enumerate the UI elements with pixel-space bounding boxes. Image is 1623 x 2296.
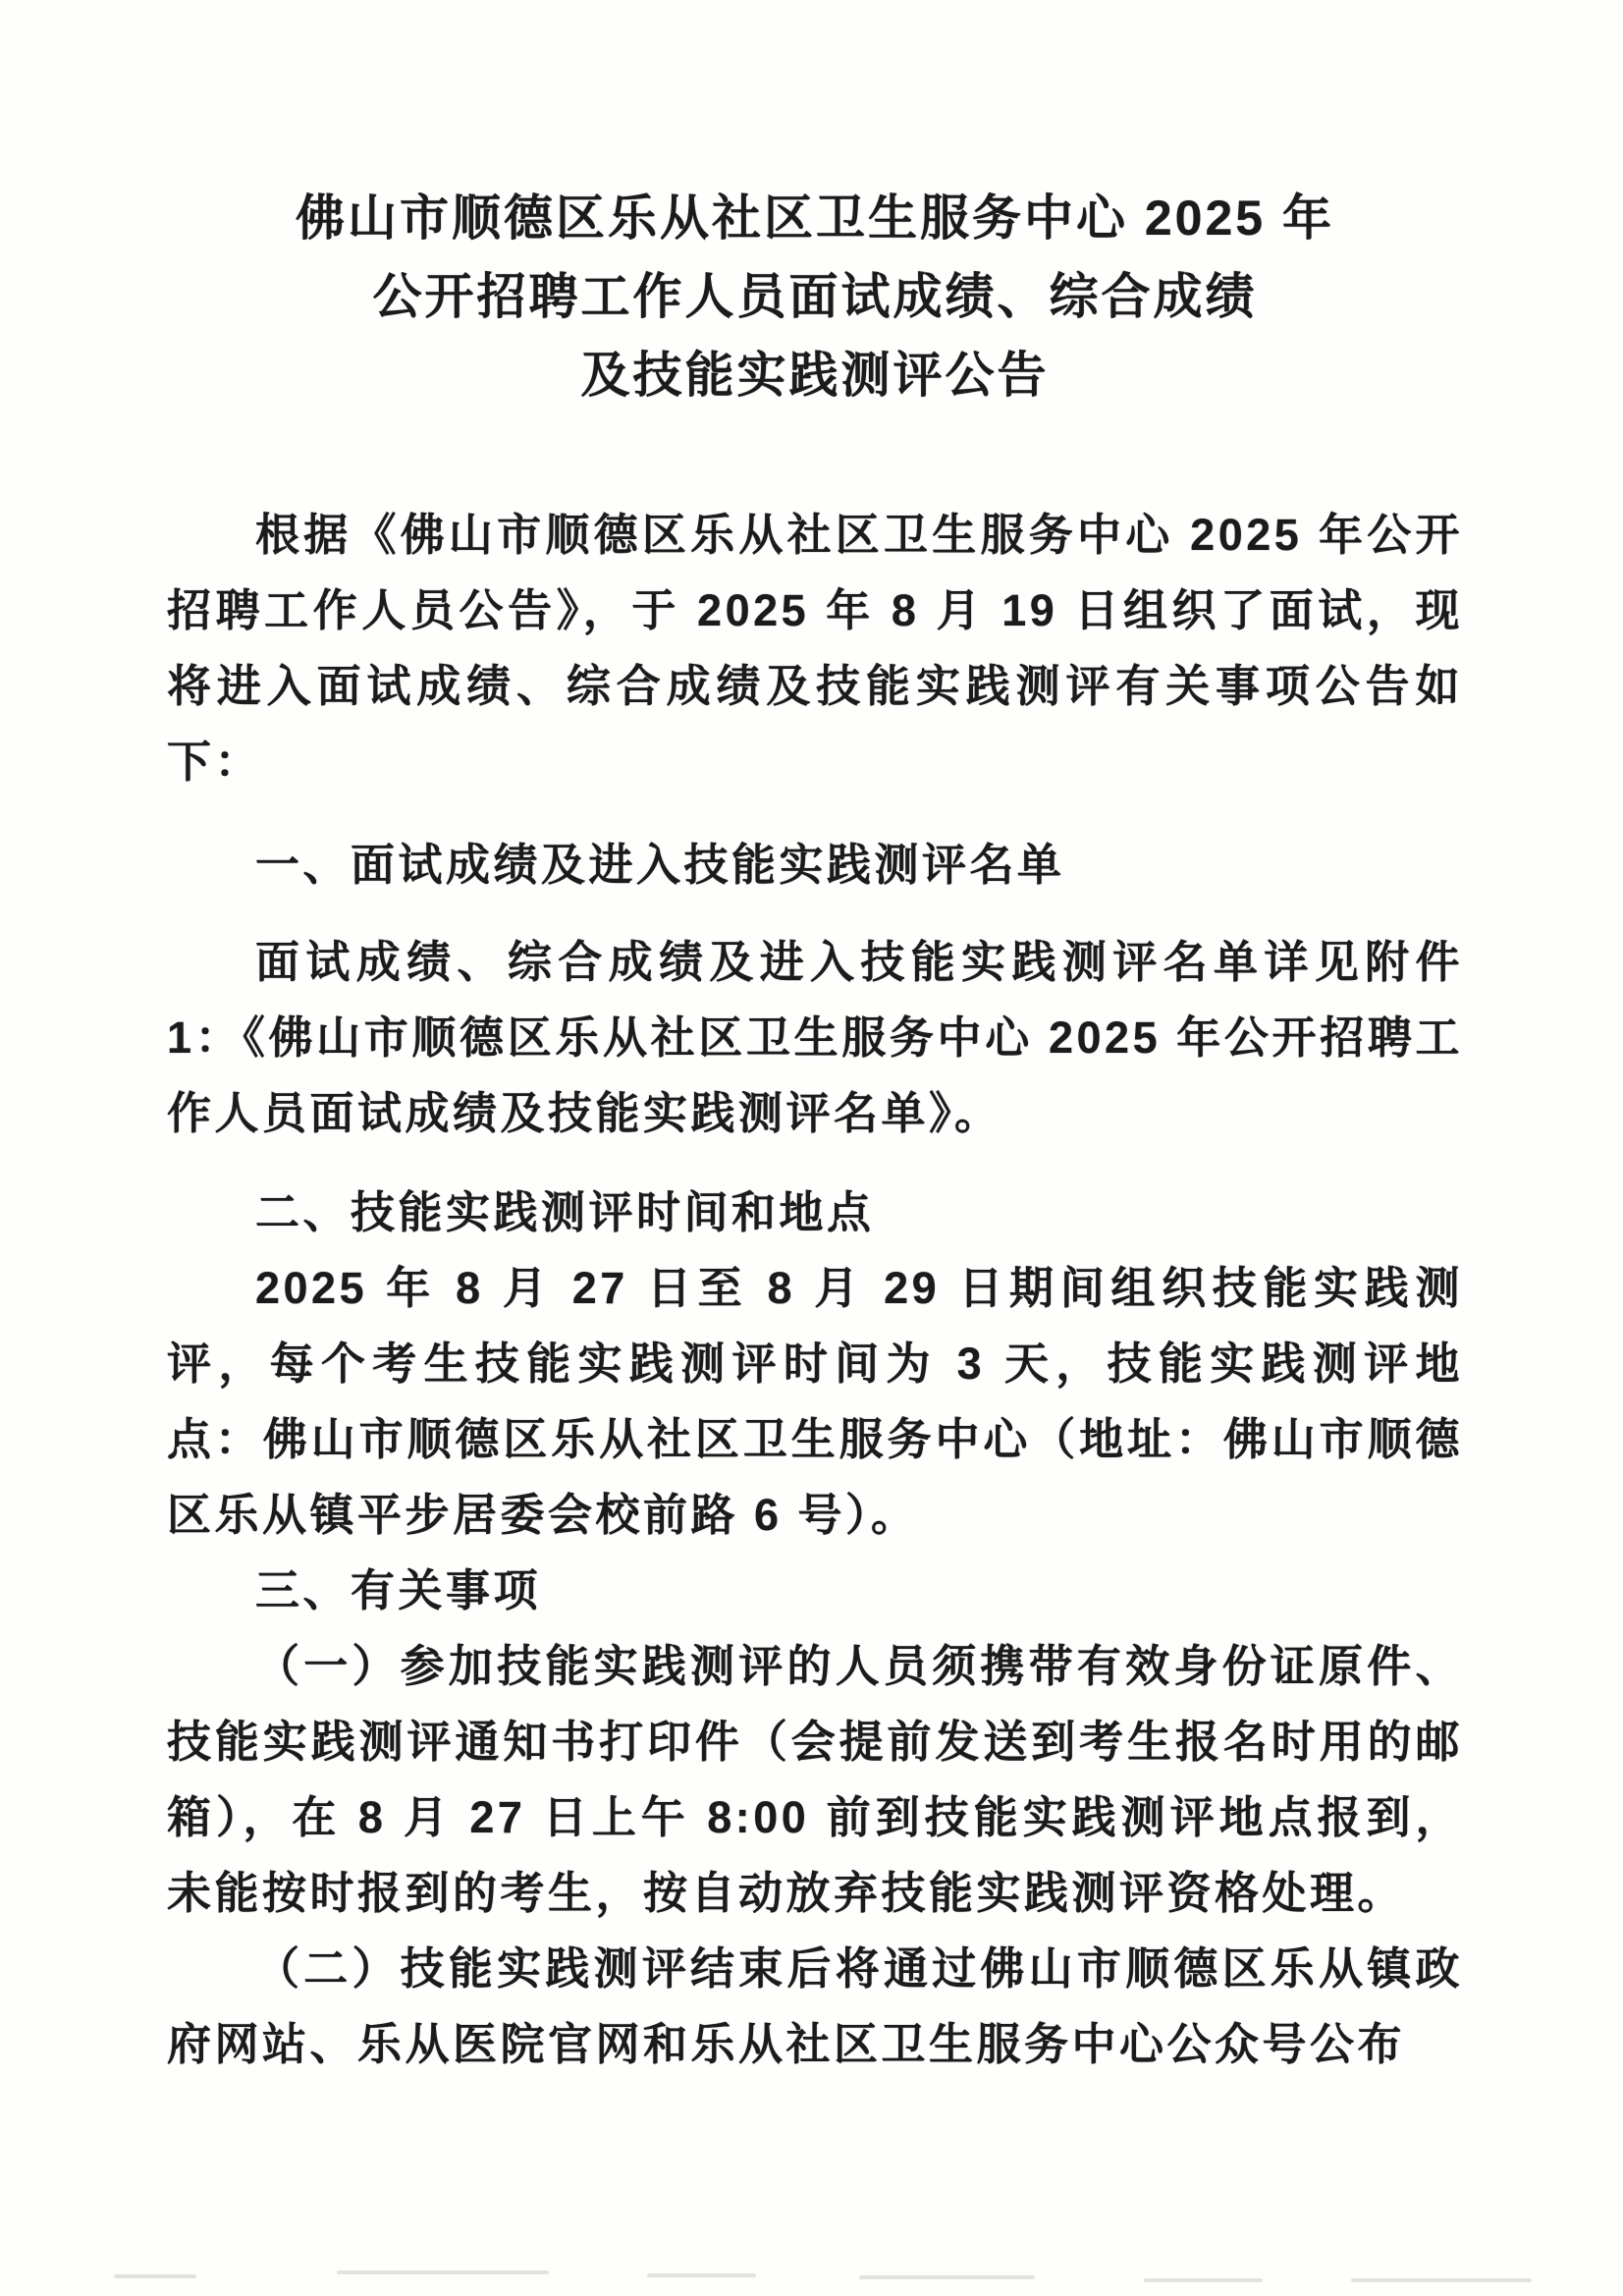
- scan-artifact: [1351, 2278, 1532, 2282]
- scan-artifact: [337, 2270, 549, 2274]
- section-heading: 三、有关事项: [167, 1553, 1463, 1628]
- scan-artifact: [114, 2274, 196, 2278]
- section-heading: 二、技能实践测评时间和地点: [167, 1175, 1463, 1250]
- document-title-line: 公开招聘工作人员面试成绩、综合成绩: [167, 257, 1463, 336]
- scan-artifact: [647, 2273, 756, 2277]
- section-heading: 一、面试成绩及进入技能实践测评名单: [167, 827, 1463, 902]
- document-title-line: 及技能实践测评公告: [167, 336, 1463, 414]
- document-title-line: 佛山市顺德区乐从社区卫生服务中心 2025 年: [167, 179, 1463, 257]
- document-page: 佛山市顺德区乐从社区卫生服务中心 2025 年 公开招聘工作人员面试成绩、综合成…: [0, 0, 1623, 2296]
- scan-artifact: [1144, 2278, 1263, 2282]
- paragraph: 根据《佛山市顺德区乐从社区卫生服务中心 2025 年公开招聘工作人员公告》，于 …: [167, 497, 1463, 799]
- document-body: 根据《佛山市顺德区乐从社区卫生服务中心 2025 年公开招聘工作人员公告》，于 …: [167, 497, 1463, 2082]
- document-content: 佛山市顺德区乐从社区卫生服务中心 2025 年 公开招聘工作人员面试成绩、综合成…: [167, 179, 1463, 2082]
- paragraph: （一）参加技能实践测评的人员须携带有效身份证原件、技能实践测评通知书打印件（会提…: [167, 1628, 1463, 1931]
- paragraph: 2025 年 8 月 27 日至 8 月 29 日期间组织技能实践测评，每个考生…: [167, 1250, 1463, 1553]
- scan-artifact: [859, 2275, 1035, 2279]
- paragraph: （二）技能实践测评结束后将通过佛山市顺德区乐从镇政府网站、乐从医院官网和乐从社区…: [167, 1931, 1463, 2082]
- document-title: 佛山市顺德区乐从社区卫生服务中心 2025 年 公开招聘工作人员面试成绩、综合成…: [167, 179, 1463, 414]
- paragraph: 面试成绩、综合成绩及进入技能实践测评名单详见附件 1：《佛山市顺德区乐从社区卫生…: [167, 924, 1463, 1151]
